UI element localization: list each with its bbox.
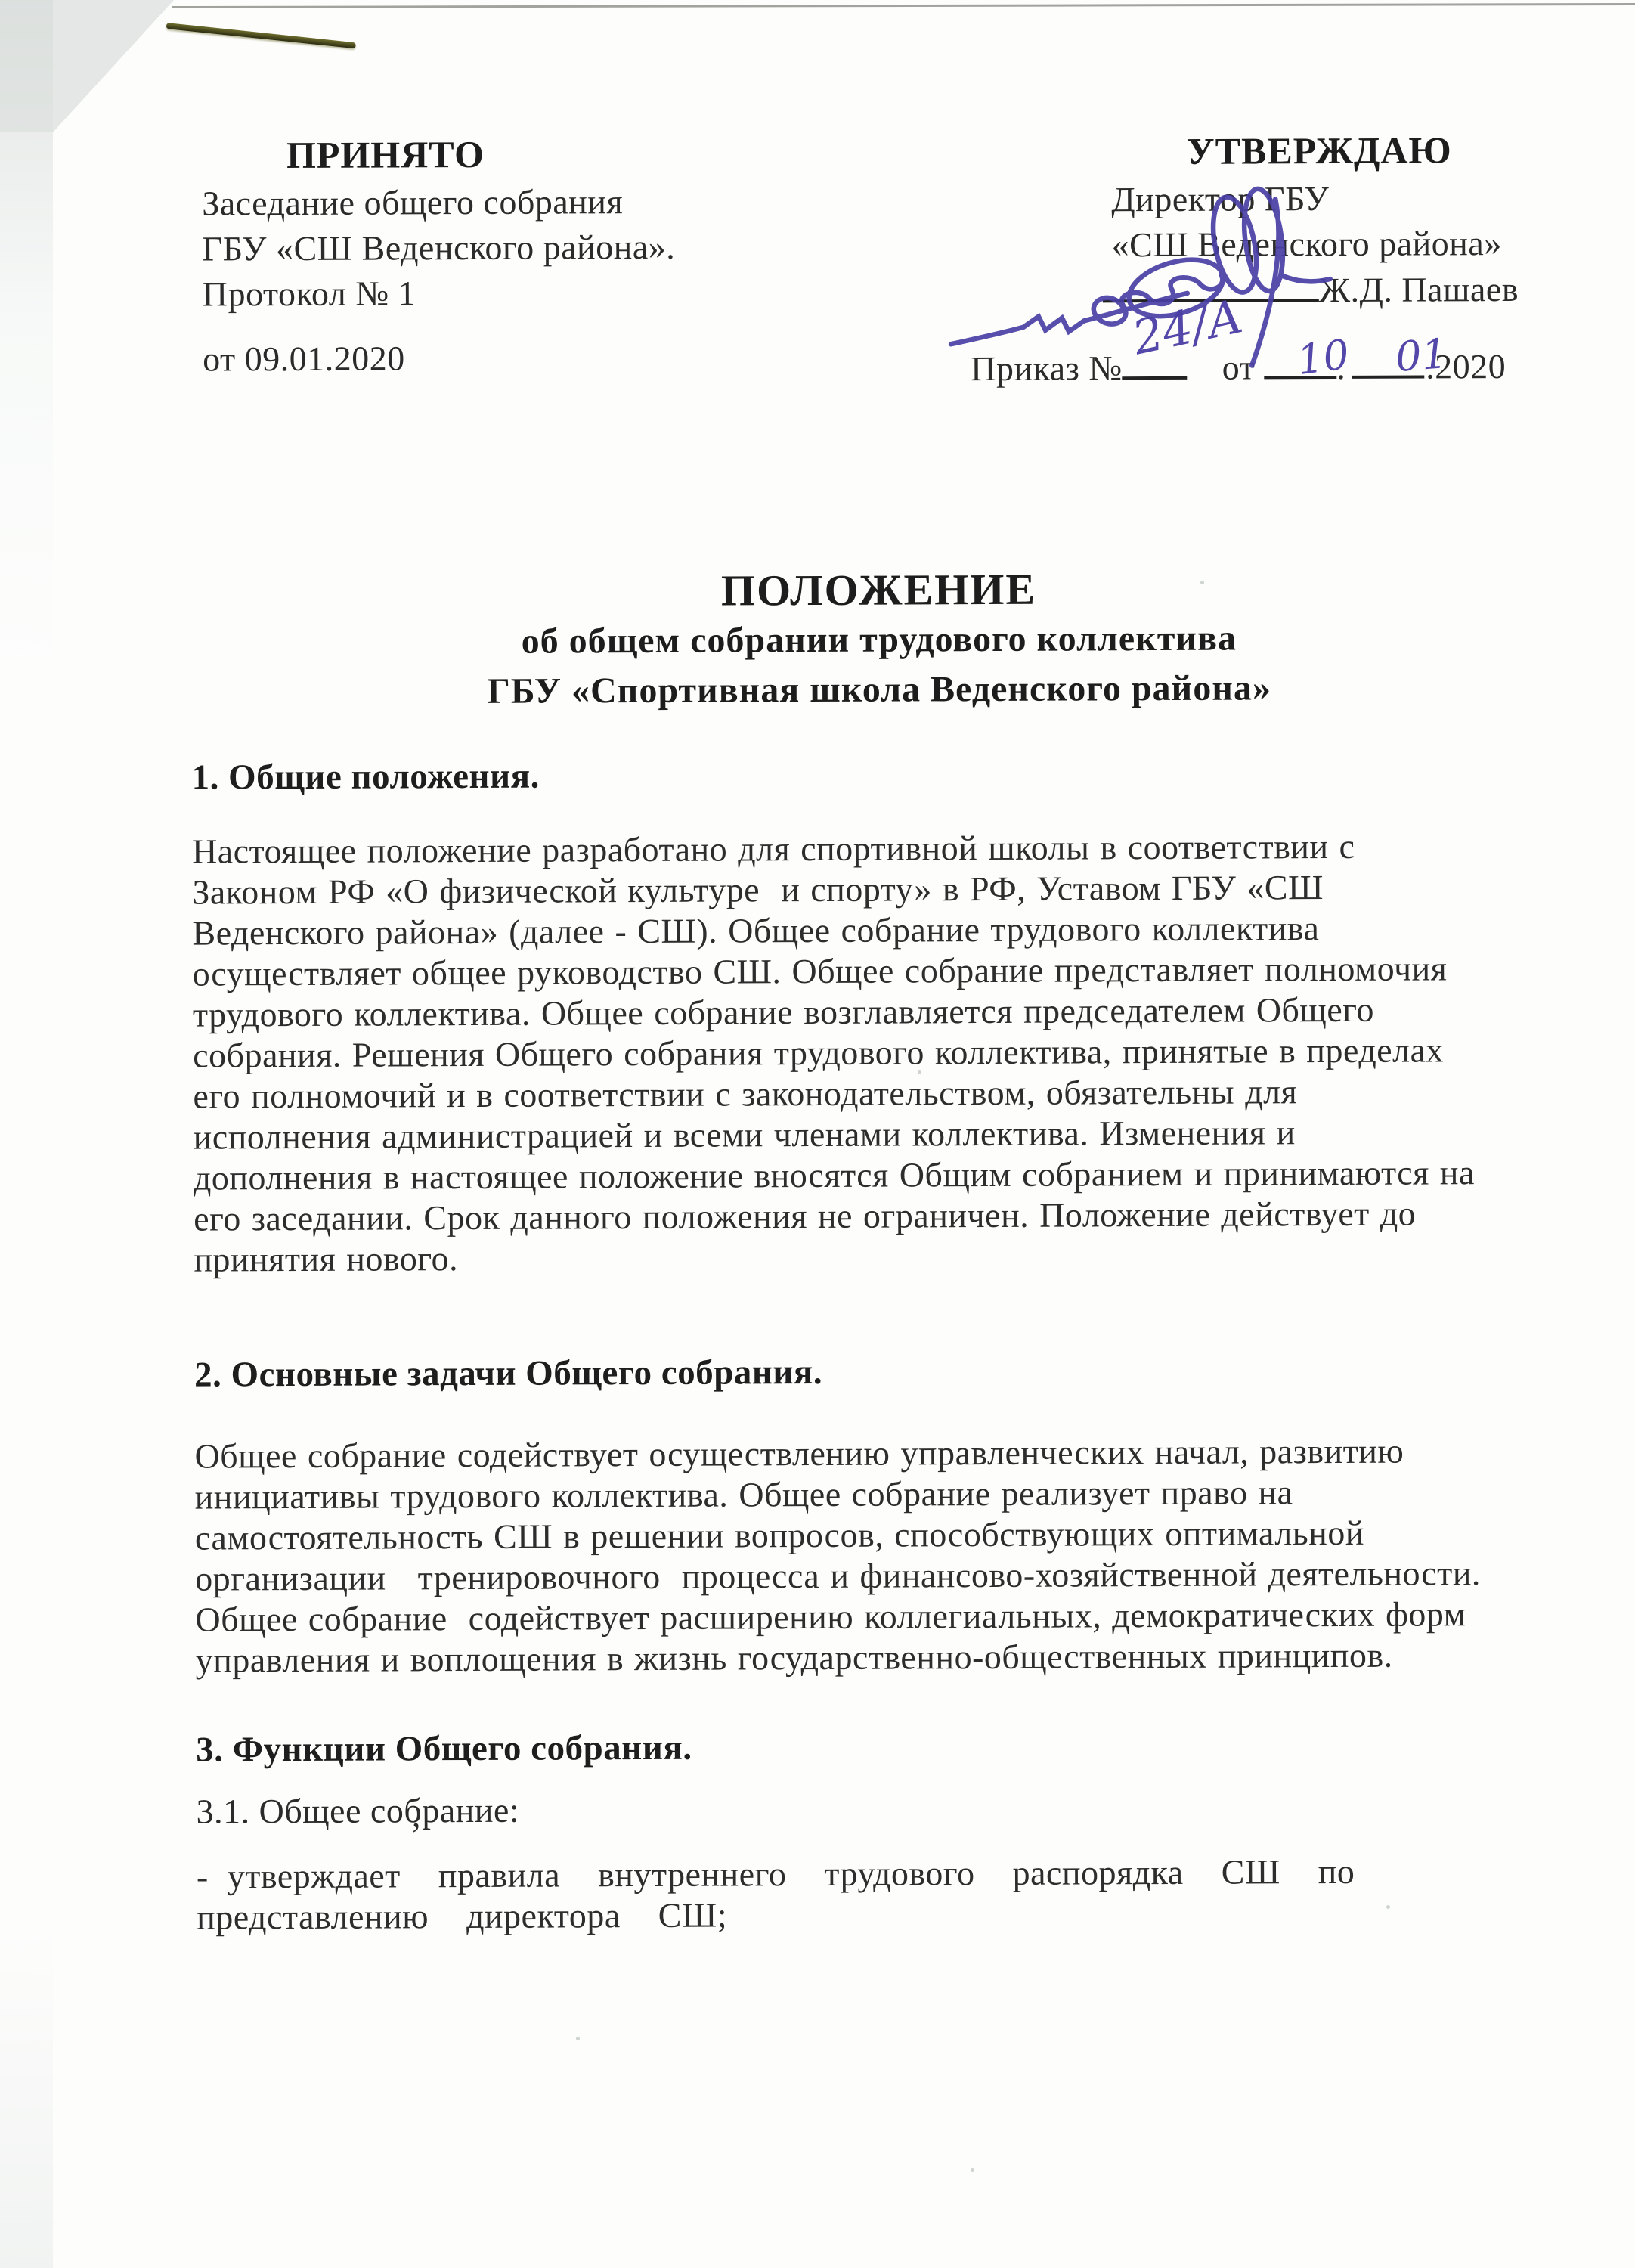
section-2-body: Общее собрание содействует осуществлению… [194, 1430, 1601, 1681]
document-title: ПОЛОЖЕНИЕ об общем собрании трудового ко… [122, 562, 1635, 718]
title-line-1: ПОЛОЖЕНИЕ [122, 562, 1634, 618]
scanned-document-page: ПРИНЯТО Заседание общего собрания ГБУ «С… [0, 0, 1635, 2268]
handwritten-day: 10 [1294, 330, 1352, 384]
accepted-title: ПРИНЯТО [286, 130, 776, 178]
section-2-heading: 2. Основные задачи Общего собрания. [194, 1352, 822, 1396]
section-3-1-label: 3.1. Общее собрание: [196, 1790, 519, 1832]
accepted-date: от 09.01.2020 [203, 334, 777, 382]
stray-ink-mark: ’ [410, 1814, 423, 1854]
title-line-3: ГБУ «Спортивная школа Веденского района» [123, 661, 1635, 718]
section-1-body: Настоящее положение разработано для спор… [192, 825, 1600, 1280]
handwritten-month: 01 [1394, 330, 1449, 381]
approved-title: УТВЕРЖДАЮ [1187, 127, 1595, 174]
accepted-block: ПРИНЯТО Заседание общего собрания ГБУ «С… [202, 130, 777, 382]
section-1-heading: 1. Общие положения. [191, 756, 539, 798]
title-line-2: об общем собрании трудового коллектива [123, 612, 1635, 668]
section-3-heading: 3. Функции Общего собрания. [196, 1727, 692, 1771]
accepted-line: Заседание общего собрания [202, 178, 776, 226]
accepted-line: Протокол № 1 [203, 269, 777, 317]
accepted-line: ГБУ «СШ Веденского района». [202, 224, 776, 271]
section-3-list-item: - утверждает правила внутреннего трудово… [197, 1851, 1376, 1938]
